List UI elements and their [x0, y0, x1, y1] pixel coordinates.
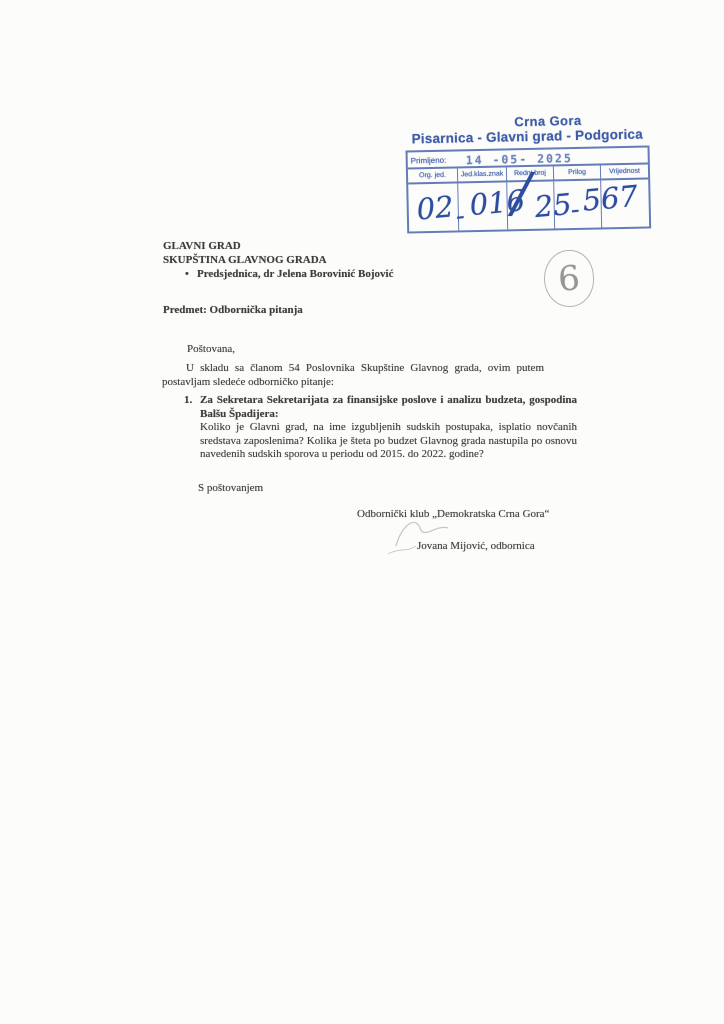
stamp-handwritten-org-jed: 02: [415, 192, 454, 224]
recipient-president-row: • Predsjednica, dr Jelena Borovinić Bojo…: [163, 268, 393, 282]
bullet-icon: •: [185, 268, 197, 282]
stamp-col-prilog: Prilog: [554, 165, 601, 179]
stamp-handwritten-prilog: 567: [581, 182, 639, 216]
stamp-received-label: Primljeno:: [411, 156, 447, 166]
recipient-president-name: Predsjednica, dr Jelena Borovinić Bojovi…: [197, 268, 393, 282]
page-number-digit: 6: [557, 258, 581, 299]
question-text: Koliko je Glavni grad, na ime izgubljeni…: [200, 421, 577, 462]
subject-line: Predmet: Odbornička pitanja: [163, 304, 303, 316]
registry-stamp: Crna Gora Pisarnica - Glavni grad - Podg…: [395, 111, 661, 234]
question-addressee: Za Sekretara Sekretarijata za finansijsk…: [200, 394, 577, 421]
scanned-letter-page: Crna Gora Pisarnica - Glavni grad - Podg…: [0, 0, 724, 1024]
intro-paragraph: U skladu sa članom 54 Poslovnika Skupšti…: [162, 362, 544, 389]
question-number: 1.: [184, 394, 192, 408]
stamp-handwritten-slash: /: [512, 166, 531, 220]
closing-line: S poštovanjem: [198, 482, 263, 494]
salutation: Poštovana,: [187, 343, 235, 355]
stamp-col-org-jed: Org. jed.: [408, 168, 458, 182]
stamp-handwritten-redni-broj: 25: [533, 190, 572, 222]
question-item-1: 1. Za Sekretara Sekretarijata za finansi…: [184, 394, 577, 462]
signature-name-line: Jovana Mijović, odbornica: [417, 540, 535, 552]
question-content: Za Sekretara Sekretarijata za finansijsk…: [200, 394, 577, 462]
recipient-block: GLAVNI GRAD SKUPŠTINA GLAVNOG GRADA • Pr…: [163, 240, 393, 282]
stamp-col-jed-klas-znak: Jed.klas.znak: [458, 167, 507, 181]
stamp-table: Primljeno: 14 -05- 2025 Org. jed. Jed.kl…: [406, 145, 652, 233]
recipient-line-skupstina: SKUPŠTINA GLAVNOG GRADA: [163, 254, 393, 268]
stamp-col-vrijednost: Vrijednost: [601, 164, 648, 178]
recipient-line-glavni-grad: GLAVNI GRAD: [163, 240, 393, 254]
circled-page-number: 6: [542, 248, 596, 308]
